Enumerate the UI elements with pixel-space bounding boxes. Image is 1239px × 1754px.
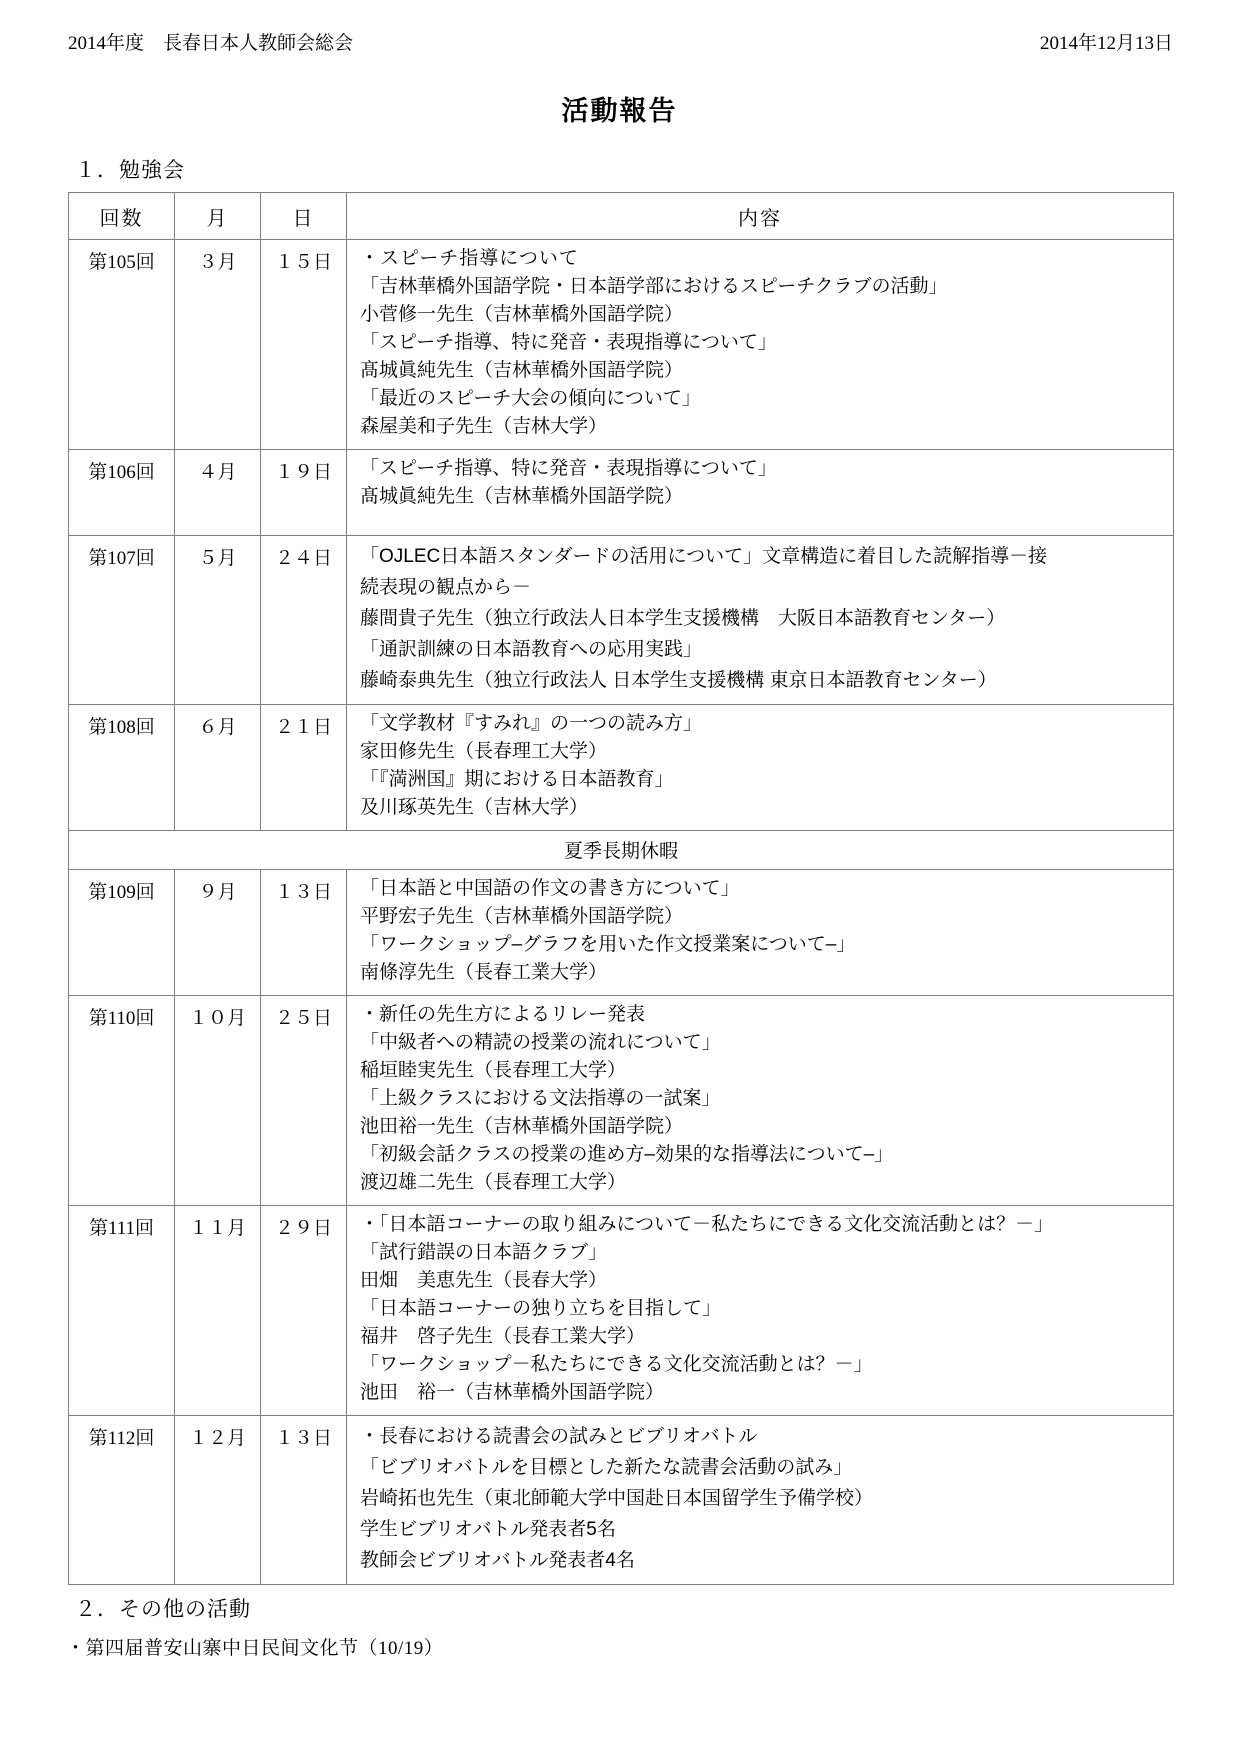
content-line: ・スピーチ指導について	[360, 245, 1163, 273]
day-cell: ２５日	[261, 996, 347, 1206]
session-number: 第110回	[69, 996, 175, 1206]
table-row: 第107回５月２４日「OJLEC日本語スタンダードの活用について」文章構造に着目…	[69, 536, 1174, 705]
col-header-month: 月	[175, 193, 261, 240]
header-left-text: 2014年度 長春日本人教師会総会	[68, 28, 353, 55]
session-number: 第111回	[69, 1206, 175, 1416]
content-line: 福井 啓子先生（長春工業大学）	[360, 1323, 1163, 1351]
content-line: 小菅修一先生（吉林華橋外国語学院）	[360, 301, 1163, 329]
table-row: 第105回３月１５日・スピーチ指導について「吉林華橋外国語学院・日本語学部におけ…	[69, 240, 1174, 450]
session-number: 第105回	[69, 240, 175, 450]
study-sessions-table: 回数 月 日 内容 第105回３月１５日・スピーチ指導について「吉林華橋外国語学…	[68, 192, 1174, 1585]
table-row: 第108回６月２１日「文学教材『すみれ』の一つの読み方」家田修先生（長春理工大学…	[69, 705, 1174, 831]
content-cell: 「日本語と中国語の作文の書き方について」平野宏子先生（吉林華橋外国語学院）「ワー…	[347, 870, 1174, 996]
table-row: 第111回１１月２９日・「日本語コーナーの取り組みについて－私たちにできる文化交…	[69, 1206, 1174, 1416]
content-line: 南條淳先生（長春工業大学）	[360, 959, 1163, 987]
session-number: 第107回	[69, 536, 175, 705]
content-line: 教師会ビブリオバトル発表者4名	[360, 1545, 1163, 1576]
content-line: ・長春における読書会の試みとビブリオバトル	[360, 1421, 1163, 1452]
content-line: 「通訳訓練の日本語教育への応用実践」	[360, 634, 1163, 665]
document-header: 2014年度 長春日本人教師会総会 2014年12月13日	[0, 0, 1239, 55]
document-page: 2014年度 長春日本人教師会総会 2014年12月13日 活動報告 １．勉強会…	[0, 0, 1239, 1754]
content-line: 「中級者への精読の授業の流れについて」	[360, 1029, 1163, 1057]
content-cell: ・「日本語コーナーの取り組みについて－私たちにできる文化交流活動とは？－」「試行…	[347, 1206, 1174, 1416]
month-cell: ３月	[175, 240, 261, 450]
content-line: 岩崎拓也先生（東北師範大学中国赴日本国留学生予備学校）	[360, 1483, 1163, 1514]
section1-heading: １．勉強会	[75, 154, 1239, 184]
month-cell: １１月	[175, 1206, 261, 1416]
content-line: 「最近のスピーチ大会の傾向について」	[360, 385, 1163, 413]
content-line: ・「日本語コーナーの取り組みについて－私たちにできる文化交流活動とは？－」	[360, 1211, 1163, 1239]
day-cell: １３日	[261, 870, 347, 996]
table-body: 第105回３月１５日・スピーチ指導について「吉林華橋外国語学院・日本語学部におけ…	[69, 240, 1174, 1585]
day-cell: １３日	[261, 1416, 347, 1585]
section2-heading: ２．その他の活動	[75, 1593, 1239, 1623]
content-cell: ・長春における読書会の試みとビブリオバトル「ビブリオバトルを目標とした新たな読書…	[347, 1416, 1174, 1585]
content-line: 田畑 美恵先生（長春大学）	[360, 1267, 1163, 1295]
content-line: 及川琢英先生（吉林大学）	[360, 794, 1163, 822]
content-line: 髙城眞純先生（吉林華橋外国語学院）	[360, 357, 1163, 385]
content-line: 「初級会話クラスの授業の進め方–効果的な指導法について–」	[360, 1141, 1163, 1169]
session-number: 第112回	[69, 1416, 175, 1585]
day-cell: ２９日	[261, 1206, 347, 1416]
content-line: 髙城眞純先生（吉林華橋外国語学院）	[360, 483, 1163, 511]
col-header-session: 回数	[69, 193, 175, 240]
session-number: 第106回	[69, 450, 175, 536]
month-cell: １０月	[175, 996, 261, 1206]
content-line: 藤崎泰典先生（独立行政法人 日本学生支援機構 東京日本語教育センター）	[360, 665, 1163, 696]
content-line: 学生ビブリオバトル発表者5名	[360, 1514, 1163, 1545]
content-line: ・新任の先生方によるリレー発表	[360, 1001, 1163, 1029]
content-line: 「日本語と中国語の作文の書き方について」	[360, 875, 1163, 903]
table-header-row: 回数 月 日 内容	[69, 193, 1174, 240]
table-row: 第112回１２月１３日・長春における読書会の試みとビブリオバトル「ビブリオバトル…	[69, 1416, 1174, 1585]
table-row: 第110回１０月２５日・新任の先生方によるリレー発表「中級者への精読の授業の流れ…	[69, 996, 1174, 1206]
content-cell: 「OJLEC日本語スタンダードの活用について」文章構造に着目した読解指導－接続表…	[347, 536, 1174, 705]
content-cell: 「スピーチ指導、特に発音・表現指導について」髙城眞純先生（吉林華橋外国語学院）	[347, 450, 1174, 536]
table-row: 第109回９月１３日「日本語と中国語の作文の書き方について」平野宏子先生（吉林華…	[69, 870, 1174, 996]
summer-break-label: 夏季長期休暇	[69, 831, 1174, 870]
content-line: 「スピーチ指導、特に発音・表現指導について」	[360, 329, 1163, 357]
content-line: 「試行錯誤の日本語クラブ」	[360, 1239, 1163, 1267]
content-cell: 「文学教材『すみれ』の一つの読み方」家田修先生（長春理工大学）「『満洲国』期にお…	[347, 705, 1174, 831]
session-number: 第109回	[69, 870, 175, 996]
content-line: 渡辺雄二先生（長春理工大学）	[360, 1169, 1163, 1197]
content-line: 「『満洲国』期における日本語教育」	[360, 766, 1163, 794]
content-line: 藤間貴子先生（独立行政法人日本学生支援機構 大阪日本語教育センター）	[360, 603, 1163, 634]
month-cell: １２月	[175, 1416, 261, 1585]
header-date: 2014年12月13日	[1040, 28, 1173, 55]
content-line: 池田裕一先生（吉林華橋外国語学院）	[360, 1113, 1163, 1141]
month-cell: ９月	[175, 870, 261, 996]
section2-item: ・第四届普安山寨中日民间文化节（10/19）	[66, 1633, 1239, 1660]
month-cell: ５月	[175, 536, 261, 705]
content-line: 「吉林華橋外国語学院・日本語学部におけるスピーチクラブの活動」	[360, 273, 1163, 301]
content-cell: ・新任の先生方によるリレー発表「中級者への精読の授業の流れについて」稲垣睦実先生…	[347, 996, 1174, 1206]
content-line: 「上級クラスにおける文法指導の一試案」	[360, 1085, 1163, 1113]
day-cell: ２１日	[261, 705, 347, 831]
month-cell: ６月	[175, 705, 261, 831]
content-line: 森屋美和子先生（吉林大学）	[360, 413, 1163, 441]
content-line: 続表現の観点から－	[360, 572, 1163, 603]
day-cell: １５日	[261, 240, 347, 450]
summer-break-row: 夏季長期休暇	[69, 831, 1174, 870]
day-cell: １９日	[261, 450, 347, 536]
content-line: 「OJLEC日本語スタンダードの活用について」文章構造に着目した読解指導－接	[360, 541, 1163, 572]
content-line: 「ビブリオバトルを目標とした新たな読書会活動の試み」	[360, 1452, 1163, 1483]
content-cell: ・スピーチ指導について「吉林華橋外国語学院・日本語学部におけるスピーチクラブの活…	[347, 240, 1174, 450]
content-line: 平野宏子先生（吉林華橋外国語学院）	[360, 903, 1163, 931]
col-header-day: 日	[261, 193, 347, 240]
content-line: 池田 裕一（吉林華橋外国語学院）	[360, 1379, 1163, 1407]
session-number: 第108回	[69, 705, 175, 831]
table-row: 第106回４月１９日「スピーチ指導、特に発音・表現指導について」髙城眞純先生（吉…	[69, 450, 1174, 536]
page-title: 活動報告	[0, 89, 1239, 128]
content-line: 「スピーチ指導、特に発音・表現指導について」	[360, 455, 1163, 483]
content-line: 「日本語コーナーの独り立ちを目指して」	[360, 1295, 1163, 1323]
month-cell: ４月	[175, 450, 261, 536]
col-header-content: 内容	[347, 193, 1174, 240]
content-line: 稲垣睦実先生（長春理工大学）	[360, 1057, 1163, 1085]
content-line: 「ワークショップ－私たちにできる文化交流活動とは？－」	[360, 1351, 1163, 1379]
content-line: 「ワークショップ–グラフを用いた作文授業案について–」	[360, 931, 1163, 959]
day-cell: ２４日	[261, 536, 347, 705]
content-line: 家田修先生（長春理工大学）	[360, 738, 1163, 766]
content-line: 「文学教材『すみれ』の一つの読み方」	[360, 710, 1163, 738]
